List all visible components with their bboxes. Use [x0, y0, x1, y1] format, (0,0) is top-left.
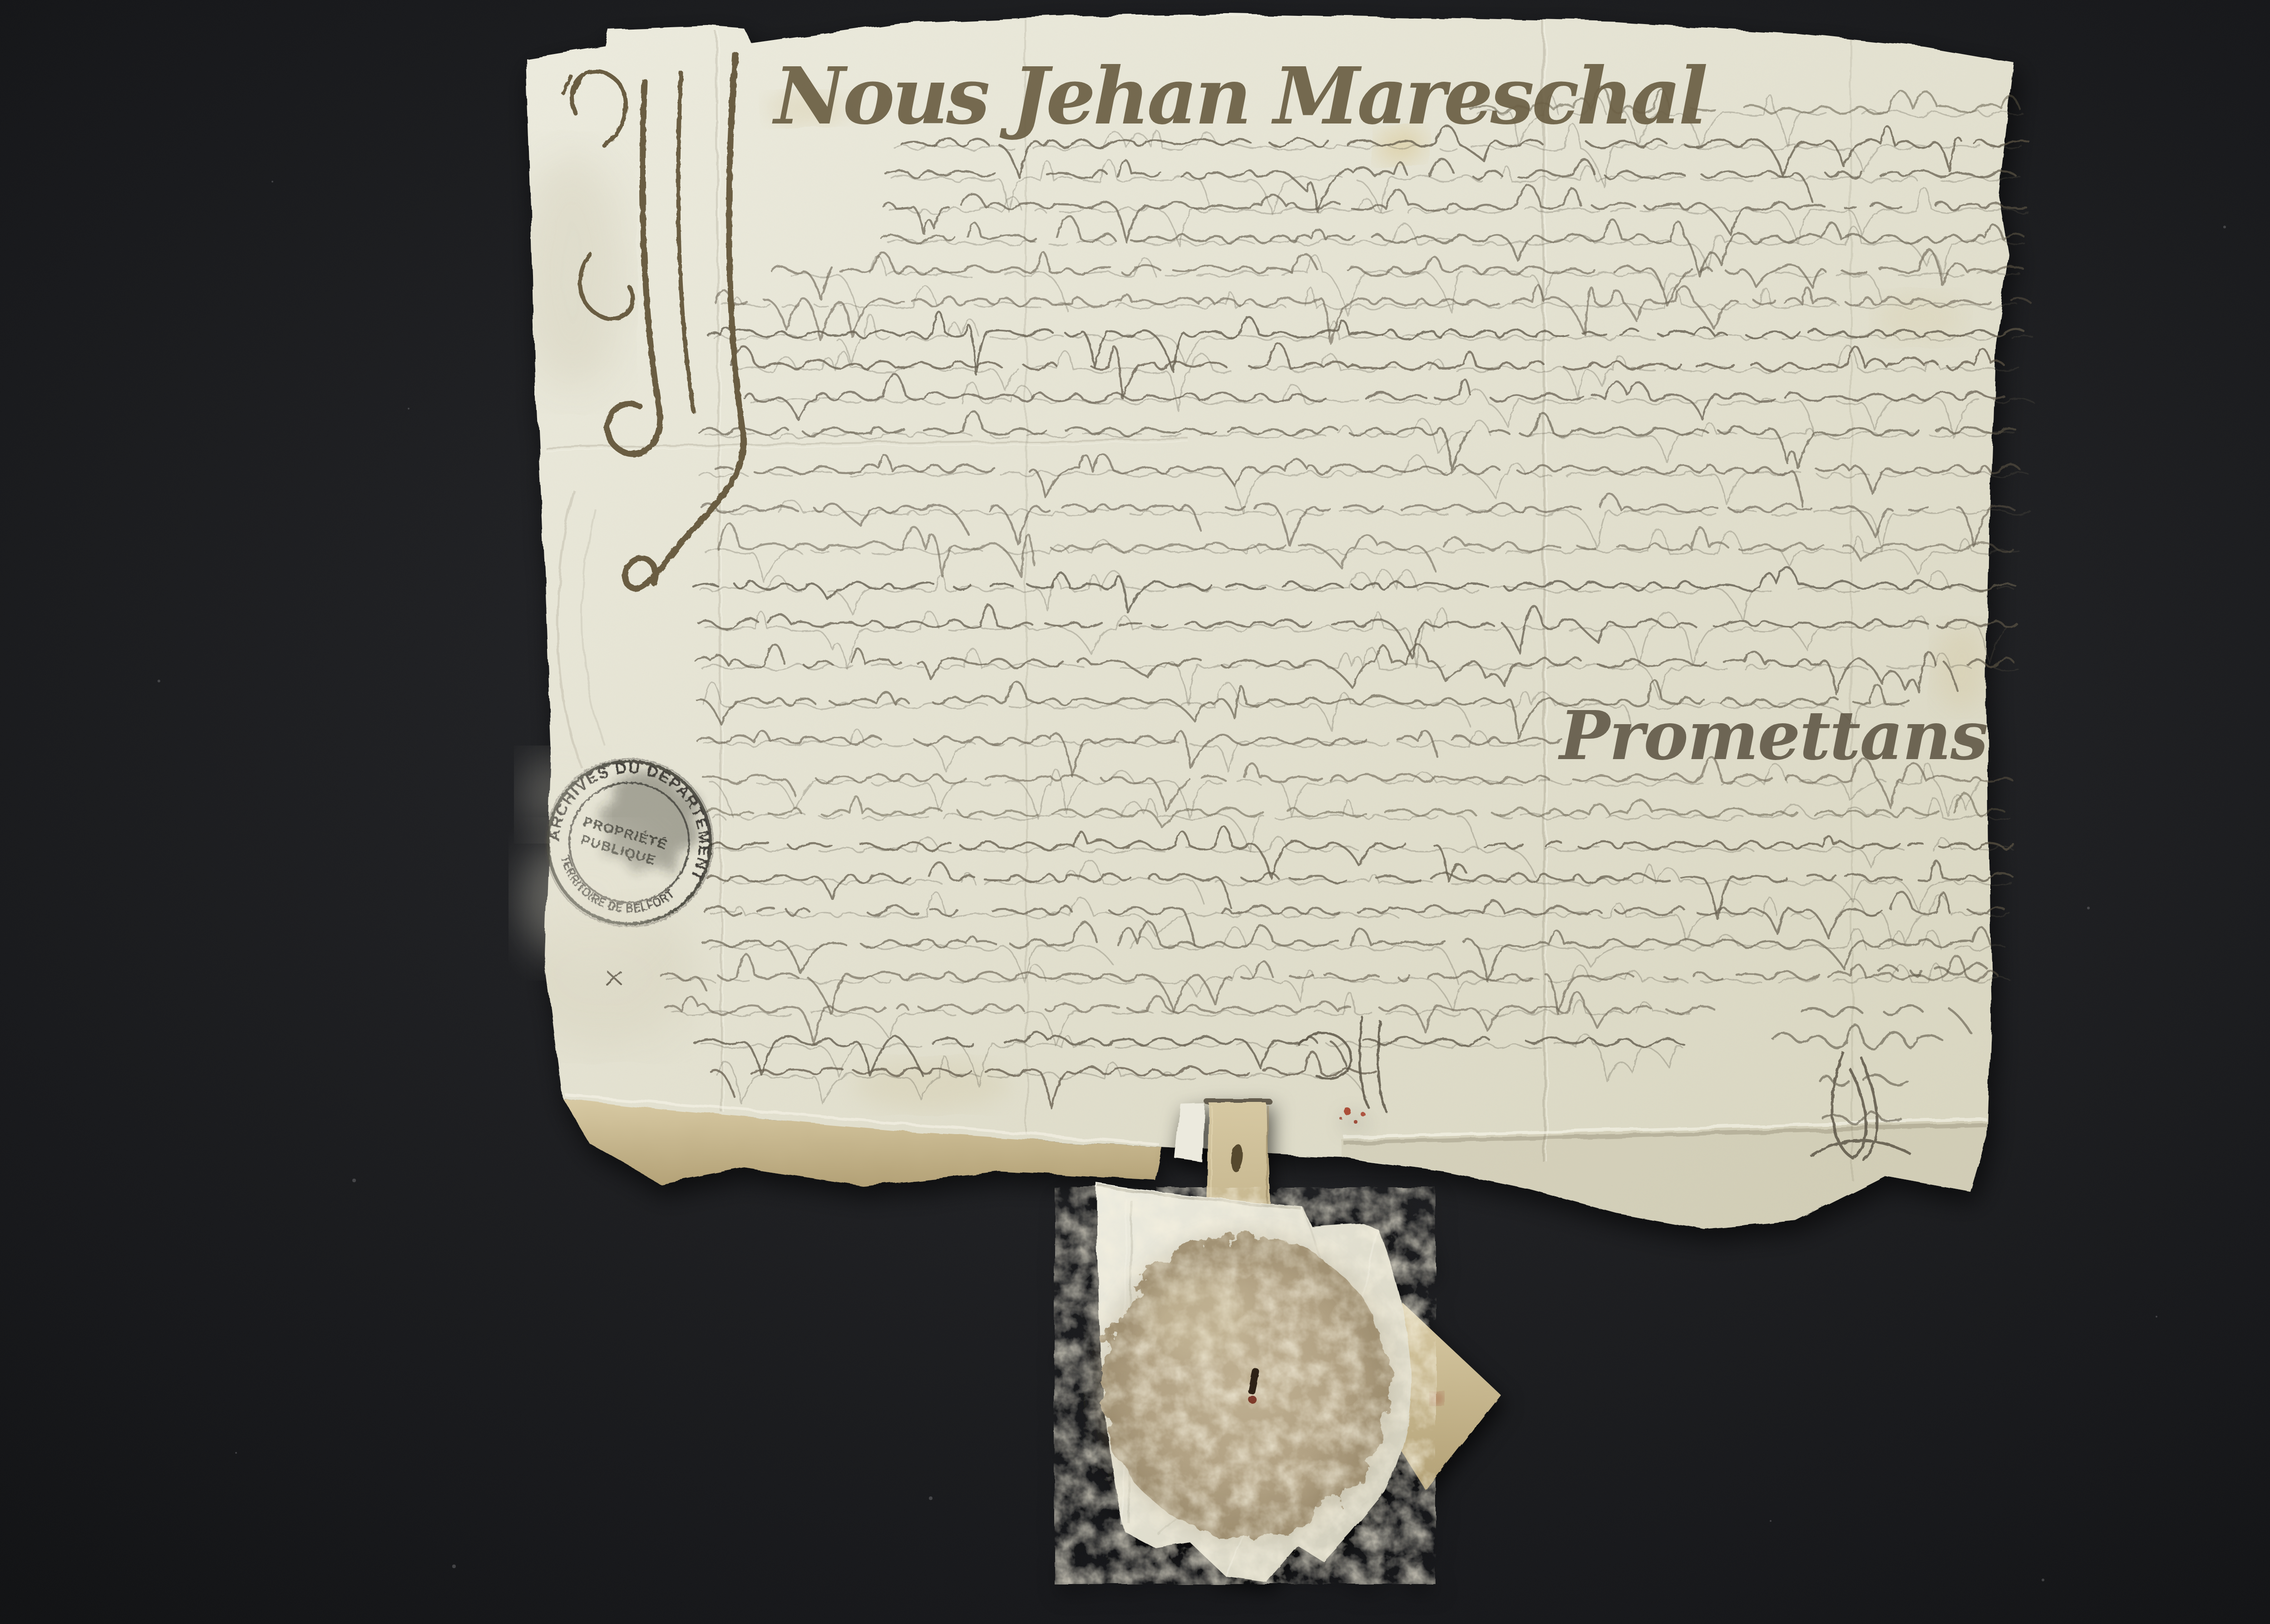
dust-speck	[271, 181, 273, 183]
dust-speck	[1770, 1520, 1772, 1522]
dust-speck	[452, 1565, 456, 1568]
charter-heading-text: Nous Jehan Mareschal	[772, 50, 1706, 142]
dust-speck	[408, 408, 410, 410]
photo-stage: Nous Jehan Mareschal Promettans ARCHIVES…	[0, 0, 2270, 1624]
dust-speck	[158, 680, 160, 682]
stamp-fade-patch	[522, 831, 658, 967]
wax-smudge	[1431, 1392, 1443, 1405]
seal-red-core	[1248, 1395, 1256, 1403]
wax-seal-impression	[1100, 1236, 1389, 1535]
stamp-fade-patch2	[522, 754, 604, 835]
dust-speck	[352, 1179, 356, 1182]
charter-photograph: Nous Jehan Mareschal Promettans ARCHIVES…	[0, 0, 2270, 1624]
charter-display-word: Promettans	[1558, 696, 1987, 775]
dust-speck	[929, 1496, 933, 1500]
dust-speck	[2223, 226, 2226, 228]
dust-speck	[2156, 1316, 2157, 1318]
dust-speck	[2087, 907, 2090, 909]
dust-speck	[235, 1452, 237, 1454]
dust-speck	[2042, 1579, 2044, 1581]
